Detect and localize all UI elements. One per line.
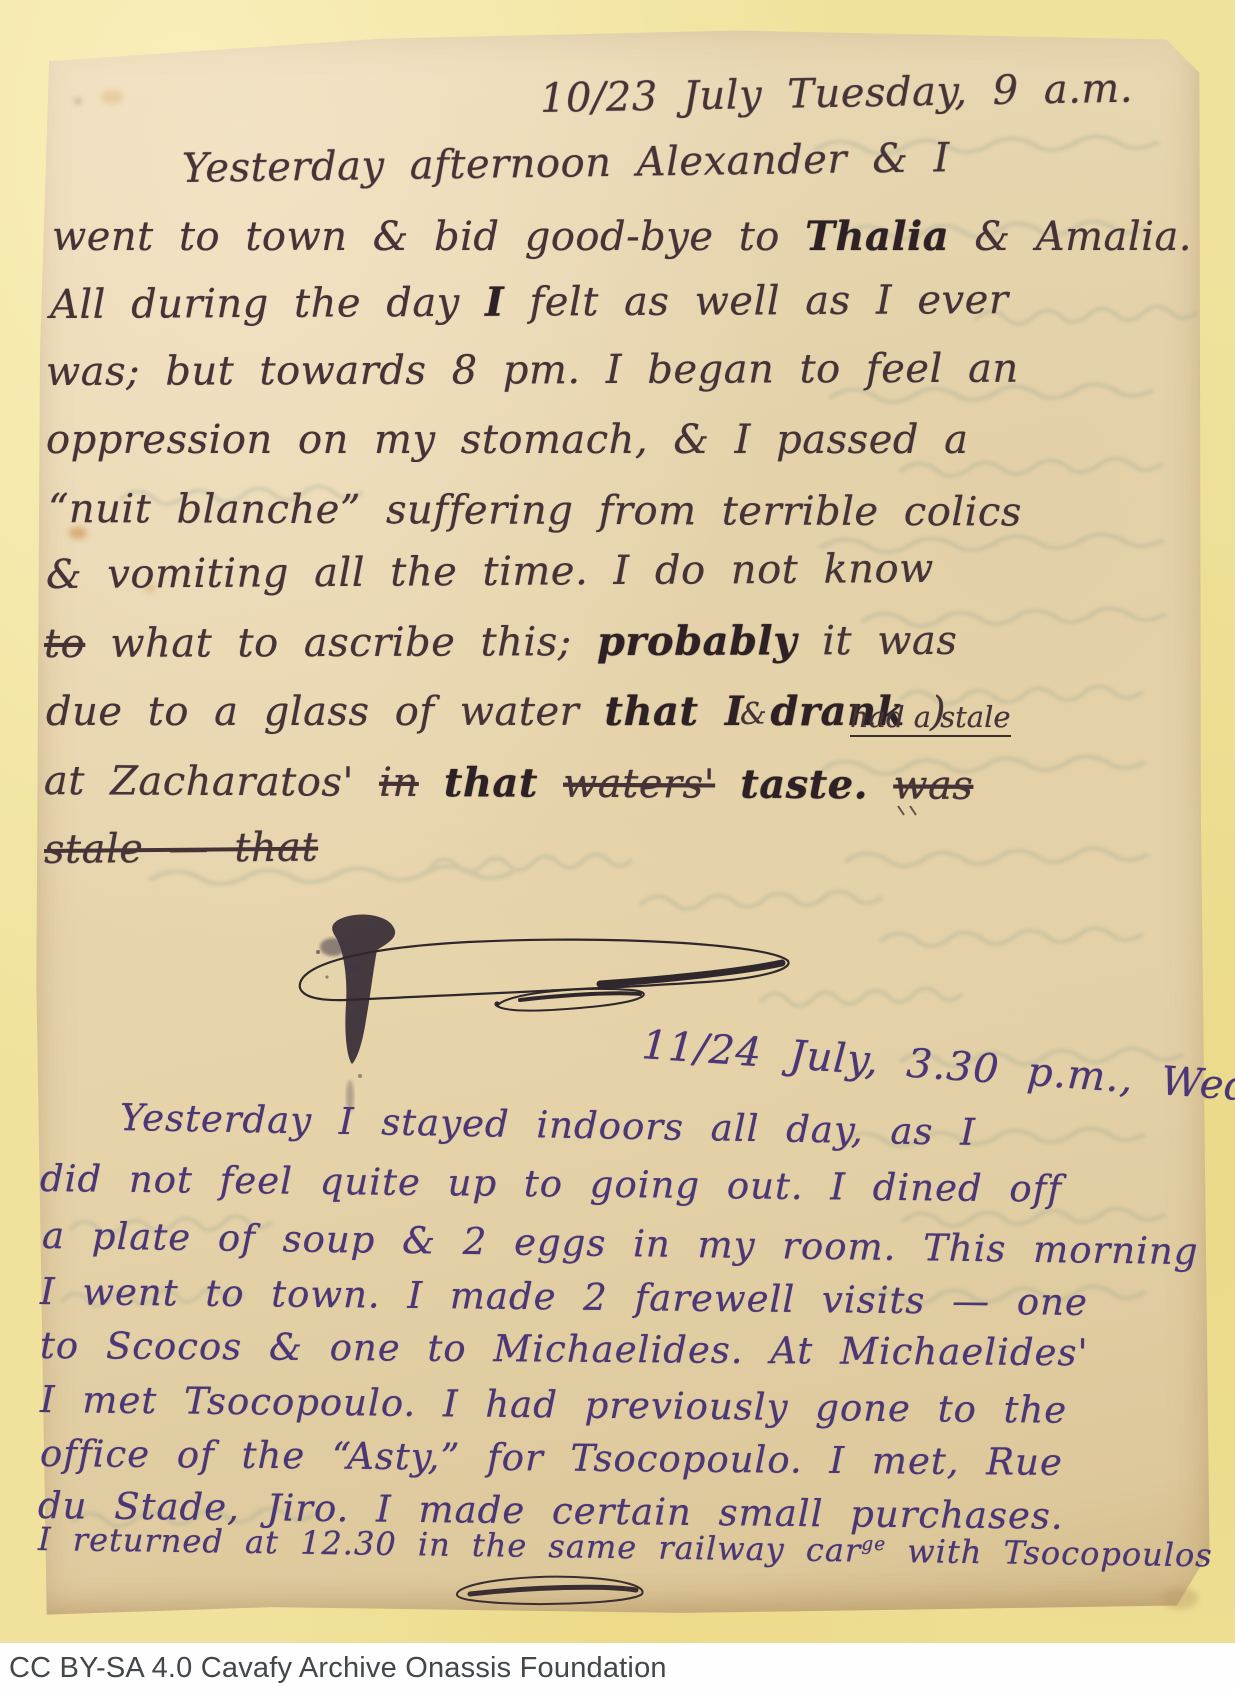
interlinear-insertion-ampersand: & — [740, 697, 767, 732]
license-caption: CC BY-SA 4.0 Cavafy Archive Onassis Foun… — [9, 1652, 667, 1685]
interlinear-insertion-had-a-stale: had a stale — [850, 700, 1011, 737]
license-bar: CC BY-SA 4.0 Cavafy Archive Onassis Foun… — [0, 1643, 1235, 1691]
handwriting-line: went to town & bid good-bye to Thalia & … — [52, 213, 1192, 260]
handwriting-line: oppression on my stomach, & I passed a — [46, 417, 969, 463]
handwriting-line: due to a glass of water that I drank ) — [46, 688, 946, 735]
handwriting-line: office of the “Asty,” for Tsocopoulo. I … — [40, 1432, 1063, 1484]
scanned-diary-page: 10/23 July Tuesday, 9 a.m. Yesterday aft… — [0, 0, 1235, 1691]
handwriting-line: was; but towards 8 pm. I began to feel a… — [46, 346, 1019, 395]
handwriting-line: All during the day I felt as well as I e… — [50, 276, 1009, 328]
handwriting-line: to Scocos & one to Michaelides. At Micha… — [40, 1324, 1089, 1374]
handwriting-line: stale — that — [44, 825, 319, 873]
handwriting-line: & vomiting all the time. I do not know — [46, 546, 934, 598]
handwriting-line: at Zacharatos' in that waters' taste. wa… — [44, 757, 974, 809]
handwriting-line: to what to ascribe this; probably it was — [44, 617, 958, 667]
handwriting-line: “nuit blanche” suffering from terrible c… — [48, 486, 1022, 535]
